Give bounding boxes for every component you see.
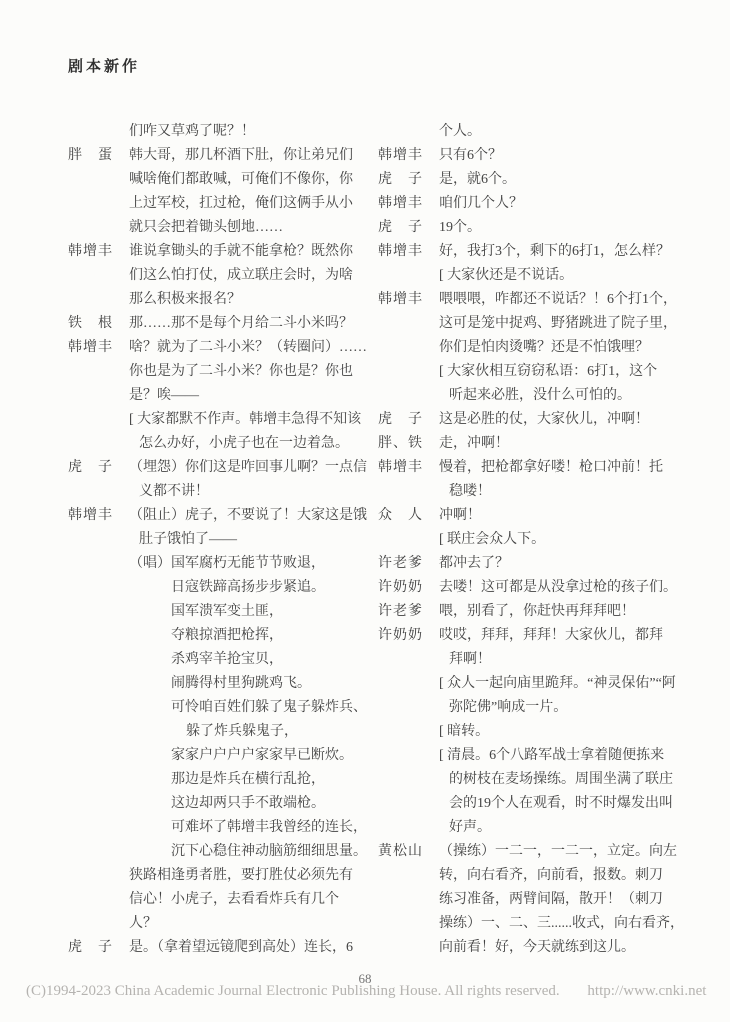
script-line: [ 暗转。: [378, 720, 678, 744]
script-line: 虎 子是，就6个。: [378, 168, 678, 192]
dialogue-text: 信心！小虎子，去看看炸兵有几个: [129, 888, 368, 912]
dialogue-text: 好，我打3个，剩下的6打1，怎么样？: [439, 240, 678, 264]
dialogue-text: 肚子饿怕了——: [129, 528, 368, 552]
speaker-name: [68, 384, 129, 408]
dialogue-text: 夺粮掠酒把枪挥，: [129, 624, 368, 648]
speaker-name: [378, 720, 439, 744]
speaker-name: [68, 624, 129, 648]
script-line: 向前看！好，今天就练到这儿。: [378, 936, 678, 960]
dialogue-text: 喊啥俺们都敢喊，可俺们不像你，你: [129, 168, 368, 192]
dialogue-text: 那边是炸兵在横行乱抢，: [129, 768, 368, 792]
speaker-name: [68, 648, 129, 672]
dialogue-text: 是。（拿着望远镜爬到高处）连长，6: [129, 936, 368, 960]
dialogue-text: （阻止）虎子，不要说了！大家这是饿: [129, 504, 368, 528]
script-line: 是？唉——: [68, 384, 368, 408]
script-line: 上过军校，扛过枪，俺们这俩手从小: [68, 192, 368, 216]
script-line: 躲了炸兵躲鬼子，: [68, 720, 368, 744]
dialogue-text: 可难坏了韩增丰我曾经的连长，: [129, 816, 368, 840]
dialogue-text: 慢着，把枪都拿好喽！枪口冲前！托: [439, 456, 678, 480]
journal-section-title: 剧本新作: [68, 55, 140, 76]
dialogue-text: 操练）一、二、三......收式，向右看齐，: [439, 912, 684, 936]
speaker-name: [378, 648, 439, 672]
script-line: 个人。: [378, 120, 678, 144]
dialogue-text: 喂，别看了，你赶快再拜拜吧！: [439, 600, 678, 624]
stage-direction: [ 大家伙相互窃窃私语：6打1，这个: [439, 360, 678, 384]
speaker-name: [378, 696, 439, 720]
dialogue-text: 都冲去了？: [439, 552, 678, 576]
script-line: 韩增丰慢着，把枪都拿好喽！枪口冲前！托: [378, 456, 678, 480]
script-line: [ 大家都默不作声。韩增丰急得不知该: [68, 408, 368, 432]
speaker-name: 黄松山: [378, 840, 439, 864]
script-line: 众 人冲啊！: [378, 504, 678, 528]
dialogue-text: 转，向右看齐，向前看，报数。刺刀: [439, 864, 678, 888]
speaker-name: 铁 根: [68, 312, 129, 336]
speaker-name: [68, 600, 129, 624]
dialogue-text: 听起来必胜，没什么可怕的。: [439, 384, 678, 408]
stage-direction: [ 大家都默不作声。韩增丰急得不知该: [129, 408, 368, 432]
dialogue-text: 冲啊！: [439, 504, 678, 528]
dialogue-text: 就只会把着锄头刨地……: [129, 216, 368, 240]
speaker-name: [68, 216, 129, 240]
stage-direction: [ 清晨。6个八路军战士拿着随便拣来: [439, 744, 678, 768]
speaker-name: [378, 672, 439, 696]
speaker-name: [68, 408, 129, 432]
speaker-name: [68, 120, 129, 144]
script-line: 胖 蛋韩大哥，那几杯酒下肚，你让弟兄们: [68, 144, 368, 168]
script-line: 可难坏了韩增丰我曾经的连长，: [68, 816, 368, 840]
speaker-name: 虎 子: [68, 936, 129, 960]
script-line: 韩增丰喂喂喂，咋都还不说话？！6个打1个，: [378, 288, 678, 312]
script-column-left: 们咋又草鸡了呢？！胖 蛋韩大哥，那几杯酒下肚，你让弟兄们喊啥俺们都敢喊，可俺们不…: [68, 120, 368, 960]
speaker-name: [378, 360, 439, 384]
dialogue-text: 日寇铁蹄高扬步步紧追。: [129, 576, 368, 600]
dialogue-text: （唱）国军腐朽无能节节败退，: [129, 552, 368, 576]
script-line: 人？: [68, 912, 368, 936]
dialogue-text: 走，冲啊！: [439, 432, 678, 456]
dialogue-text: 只有6个？: [439, 144, 678, 168]
speaker-name: [378, 480, 439, 504]
script-line: 韩增丰啥？就为了二斗小米？（转圈问）……: [68, 336, 368, 360]
speaker-name: 虎 子: [378, 408, 439, 432]
script-line: 弥陀佛”响成一片。: [378, 696, 678, 720]
script-line: 韩增丰咱们几个人？: [378, 192, 678, 216]
copyright-text: (C)1994-2023 China Academic Journal Elec…: [26, 983, 560, 999]
speaker-name: [68, 744, 129, 768]
dialogue-text: 那么积极来报名？: [129, 288, 368, 312]
dialogue-text: 杀鸡宰羊抢宝贝，: [129, 648, 368, 672]
speaker-name: [378, 888, 439, 912]
script-line: 许老爹都冲去了？: [378, 552, 678, 576]
script-line: 那边是炸兵在横行乱抢，: [68, 768, 368, 792]
script-line: 虎 子是。（拿着望远镜爬到高处）连长，6: [68, 936, 368, 960]
script-line: 会的19个人在观看，时不时爆发出叫: [378, 792, 678, 816]
script-line: 信心！小虎子，去看看炸兵有几个: [68, 888, 368, 912]
script-line: 韩增丰只有6个？: [378, 144, 678, 168]
speaker-name: [68, 912, 129, 936]
speaker-name: [68, 528, 129, 552]
script-line: [ 众人一起向庙里跪拜。“神灵保佑”“阿: [378, 672, 678, 696]
script-line: 拜啊！: [378, 648, 678, 672]
copyright-line: (C)1994-2023 China Academic Journal Elec…: [26, 983, 726, 1000]
speaker-name: 胖 蛋: [68, 144, 129, 168]
dialogue-text: 们咋又草鸡了呢？！: [129, 120, 368, 144]
script-line: [ 大家伙还是不说话。: [378, 264, 678, 288]
speaker-name: [378, 312, 439, 336]
speaker-name: 许奶奶: [378, 624, 439, 648]
dialogue-text: 练习准备，两臂间隔，散开！（刺刀: [439, 888, 678, 912]
script-line: [ 大家伙相互窃窃私语：6打1，这个: [378, 360, 678, 384]
publisher-url: http://www.cnki.net: [587, 983, 706, 999]
speaker-name: [68, 576, 129, 600]
speaker-name: 虎 子: [378, 168, 439, 192]
dialogue-text: 你也是为了二斗小米？你也是？你也: [129, 360, 368, 384]
speaker-name: [68, 168, 129, 192]
dialogue-text: 是？唉——: [129, 384, 368, 408]
speaker-name: [68, 792, 129, 816]
script-line: 们咋又草鸡了呢？！: [68, 120, 368, 144]
speaker-name: [68, 480, 129, 504]
dialogue-text: 闹腾得村里狗跳鸡飞。: [129, 672, 368, 696]
script-line: 听起来必胜，没什么可怕的。: [378, 384, 678, 408]
speaker-name: 韩增丰: [378, 456, 439, 480]
script-line: 黄松山（操练）一二一，一二一，立定。向左: [378, 840, 678, 864]
dialogue-text: 谁说拿锄头的手就不能拿枪？既然你: [129, 240, 368, 264]
dialogue-text: 怎么办好，小虎子也在一边着急。: [129, 432, 368, 456]
script-line: 虎 子这是必胜的仗，大家伙儿，冲啊！: [378, 408, 678, 432]
speaker-name: 韩增丰: [378, 288, 439, 312]
speaker-name: [378, 264, 439, 288]
dialogue-text: 个人。: [439, 120, 678, 144]
dialogue-text: 国军溃军变土匪，: [129, 600, 368, 624]
script-line: 家家户户户户家家早已断炊。: [68, 744, 368, 768]
speaker-name: [378, 744, 439, 768]
speaker-name: [68, 552, 129, 576]
script-line: 许老爹喂，别看了，你赶快再拜拜吧！: [378, 600, 678, 624]
speaker-name: [378, 936, 439, 960]
speaker-name: [378, 864, 439, 888]
script-line: 许奶奶去喽！这可都是从没拿过枪的孩子们。: [378, 576, 678, 600]
script-line: 虎 子19个。: [378, 216, 678, 240]
script-line: 闹腾得村里狗跳鸡飞。: [68, 672, 368, 696]
script-line: 沉下心稳住神动脑筋细细思量。: [68, 840, 368, 864]
dialogue-text: 好声。: [439, 816, 678, 840]
script-line: 夺粮掠酒把枪挥，: [68, 624, 368, 648]
dialogue-text: 喂喂喂，咋都还不说话？！6个打1个，: [439, 288, 678, 312]
script-line: 国军溃军变土匪，: [68, 600, 368, 624]
dialogue-text: 你们是怕肉烫嘴？还是不怕饿哩？: [439, 336, 678, 360]
script-line: 喊啥俺们都敢喊，可俺们不像你，你: [68, 168, 368, 192]
dialogue-text: 会的19个人在观看，时不时爆发出叫: [439, 792, 678, 816]
dialogue-text: 拜啊！: [439, 648, 678, 672]
script-line: 你们是怕肉烫嘴？还是不怕饿哩？: [378, 336, 678, 360]
stage-direction: [ 大家伙还是不说话。: [439, 264, 678, 288]
script-line: 稳喽！: [378, 480, 678, 504]
speaker-name: [378, 120, 439, 144]
dialogue-text: （操练）一二一，一二一，立定。向左: [439, 840, 678, 864]
speaker-name: 韩增丰: [378, 240, 439, 264]
script-line: 韩增丰（阻止）虎子，不要说了！大家这是饿: [68, 504, 368, 528]
dialogue-text: 躲了炸兵躲鬼子，: [129, 720, 368, 744]
dialogue-text: 狭路相逢勇者胜，要打胜仗必须先有: [129, 864, 368, 888]
speaker-name: [378, 768, 439, 792]
stage-direction: [ 众人一起向庙里跪拜。“神灵保佑”“阿: [439, 672, 678, 696]
stage-direction: [ 联庄会众人下。: [439, 528, 678, 552]
speaker-name: [68, 672, 129, 696]
speaker-name: 韩增丰: [378, 144, 439, 168]
dialogue-text: 这可是笼中捉鸡、野猪跳进了院子里，: [439, 312, 678, 336]
dialogue-text: 可怜咱百姓们躲了鬼子躲炸兵、: [129, 696, 368, 720]
speaker-name: 众 人: [378, 504, 439, 528]
scanned-script-page: 剧本新作 们咋又草鸡了呢？！胖 蛋韩大哥，那几杯酒下肚，你让弟兄们喊啥俺们都敢喊…: [0, 0, 730, 1022]
dialogue-text: 韩大哥，那几杯酒下肚，你让弟兄们: [129, 144, 368, 168]
stage-direction: [ 暗转。: [439, 720, 678, 744]
script-line: 练习准备，两臂间隔，散开！（刺刀: [378, 888, 678, 912]
dialogue-text: 人？: [129, 912, 368, 936]
script-line: 虎 子（埋怨）你们这是咋回事儿啊？一点信: [68, 456, 368, 480]
script-line: 胖、铁走，冲啊！: [378, 432, 678, 456]
dialogue-text: 是，就6个。: [439, 168, 678, 192]
speaker-name: 韩增丰: [68, 504, 129, 528]
script-line: 好声。: [378, 816, 678, 840]
dialogue-text: （埋怨）你们这是咋回事儿啊？一点信: [129, 456, 368, 480]
speaker-name: [68, 864, 129, 888]
script-line: 就只会把着锄头刨地……: [68, 216, 368, 240]
dialogue-text: 那……那不是每个月给二斗小米吗？: [129, 312, 368, 336]
speaker-name: [68, 360, 129, 384]
speaker-name: [68, 888, 129, 912]
speaker-name: [68, 192, 129, 216]
speaker-name: [68, 720, 129, 744]
script-line: 狭路相逢勇者胜，要打胜仗必须先有: [68, 864, 368, 888]
speaker-name: [68, 696, 129, 720]
script-line: 日寇铁蹄高扬步步紧追。: [68, 576, 368, 600]
script-line: 韩增丰谁说拿锄头的手就不能拿枪？既然你: [68, 240, 368, 264]
speaker-name: 胖、铁: [378, 432, 439, 456]
script-line: 转，向右看齐，向前看，报数。刺刀: [378, 864, 678, 888]
dialogue-text: 们这么怕打仗，成立联庄会时，为啥: [129, 264, 368, 288]
script-line: 的树枝在麦场操练。周围坐满了联庄: [378, 768, 678, 792]
speaker-name: 许老爹: [378, 600, 439, 624]
speaker-name: 虎 子: [378, 216, 439, 240]
script-column-right: 个人。韩增丰只有6个？虎 子是，就6个。韩增丰咱们几个人？虎 子19个。韩增丰好…: [378, 120, 678, 960]
dialogue-text: 的树枝在麦场操练。周围坐满了联庄: [439, 768, 678, 792]
script-line: 许奶奶哎哎，拜拜，拜拜！大家伙儿，都拜: [378, 624, 678, 648]
speaker-name: [68, 432, 129, 456]
script-line: （唱）国军腐朽无能节节败退，: [68, 552, 368, 576]
dialogue-text: 啥？就为了二斗小米？（转圈问）……: [129, 336, 368, 360]
speaker-name: [68, 816, 129, 840]
script-line: 那么积极来报名？: [68, 288, 368, 312]
dialogue-text: 向前看！好，今天就练到这儿。: [439, 936, 678, 960]
script-line: [ 联庄会众人下。: [378, 528, 678, 552]
speaker-name: 虎 子: [68, 456, 129, 480]
dialogue-text: 义都不讲！: [129, 480, 368, 504]
speaker-name: 许老爹: [378, 552, 439, 576]
script-line: 们这么怕打仗，成立联庄会时，为啥: [68, 264, 368, 288]
speaker-name: [378, 816, 439, 840]
speaker-name: [378, 384, 439, 408]
speaker-name: [378, 912, 439, 936]
dialogue-text: 家家户户户户家家早已断炊。: [129, 744, 368, 768]
script-line: 怎么办好，小虎子也在一边着急。: [68, 432, 368, 456]
dialogue-text: 上过军校，扛过枪，俺们这俩手从小: [129, 192, 368, 216]
script-line: 这边却两只手不敢端枪。: [68, 792, 368, 816]
script-line: 韩增丰好，我打3个，剩下的6打1，怎么样？: [378, 240, 678, 264]
speaker-name: [378, 792, 439, 816]
dialogue-text: 19个。: [439, 216, 678, 240]
dialogue-text: 稳喽！: [439, 480, 678, 504]
script-line: 肚子饿怕了——: [68, 528, 368, 552]
speaker-name: 韩增丰: [68, 240, 129, 264]
script-line: 这可是笼中捉鸡、野猪跳进了院子里，: [378, 312, 678, 336]
speaker-name: 韩增丰: [68, 336, 129, 360]
dialogue-text: 沉下心稳住神动脑筋细细思量。: [129, 840, 368, 864]
dialogue-text: 哎哎，拜拜，拜拜！大家伙儿，都拜: [439, 624, 678, 648]
script-line: 铁 根那……那不是每个月给二斗小米吗？: [68, 312, 368, 336]
speaker-name: [378, 528, 439, 552]
script-line: 杀鸡宰羊抢宝贝，: [68, 648, 368, 672]
dialogue-text: 这边却两只手不敢端枪。: [129, 792, 368, 816]
speaker-name: 许奶奶: [378, 576, 439, 600]
dialogue-text: 这是必胜的仗，大家伙儿，冲啊！: [439, 408, 678, 432]
script-line: 操练）一、二、三......收式，向右看齐，: [378, 912, 678, 936]
speaker-name: [68, 768, 129, 792]
dialogue-text: 咱们几个人？: [439, 192, 678, 216]
speaker-name: [378, 336, 439, 360]
dialogue-text: 去喽！这可都是从没拿过枪的孩子们。: [439, 576, 678, 600]
speaker-name: 韩增丰: [378, 192, 439, 216]
script-line: 义都不讲！: [68, 480, 368, 504]
dialogue-text: 弥陀佛”响成一片。: [439, 696, 678, 720]
script-line: 可怜咱百姓们躲了鬼子躲炸兵、: [68, 696, 368, 720]
speaker-name: [68, 840, 129, 864]
speaker-name: [68, 264, 129, 288]
script-line: [ 清晨。6个八路军战士拿着随便拣来: [378, 744, 678, 768]
speaker-name: [68, 288, 129, 312]
script-line: 你也是为了二斗小米？你也是？你也: [68, 360, 368, 384]
